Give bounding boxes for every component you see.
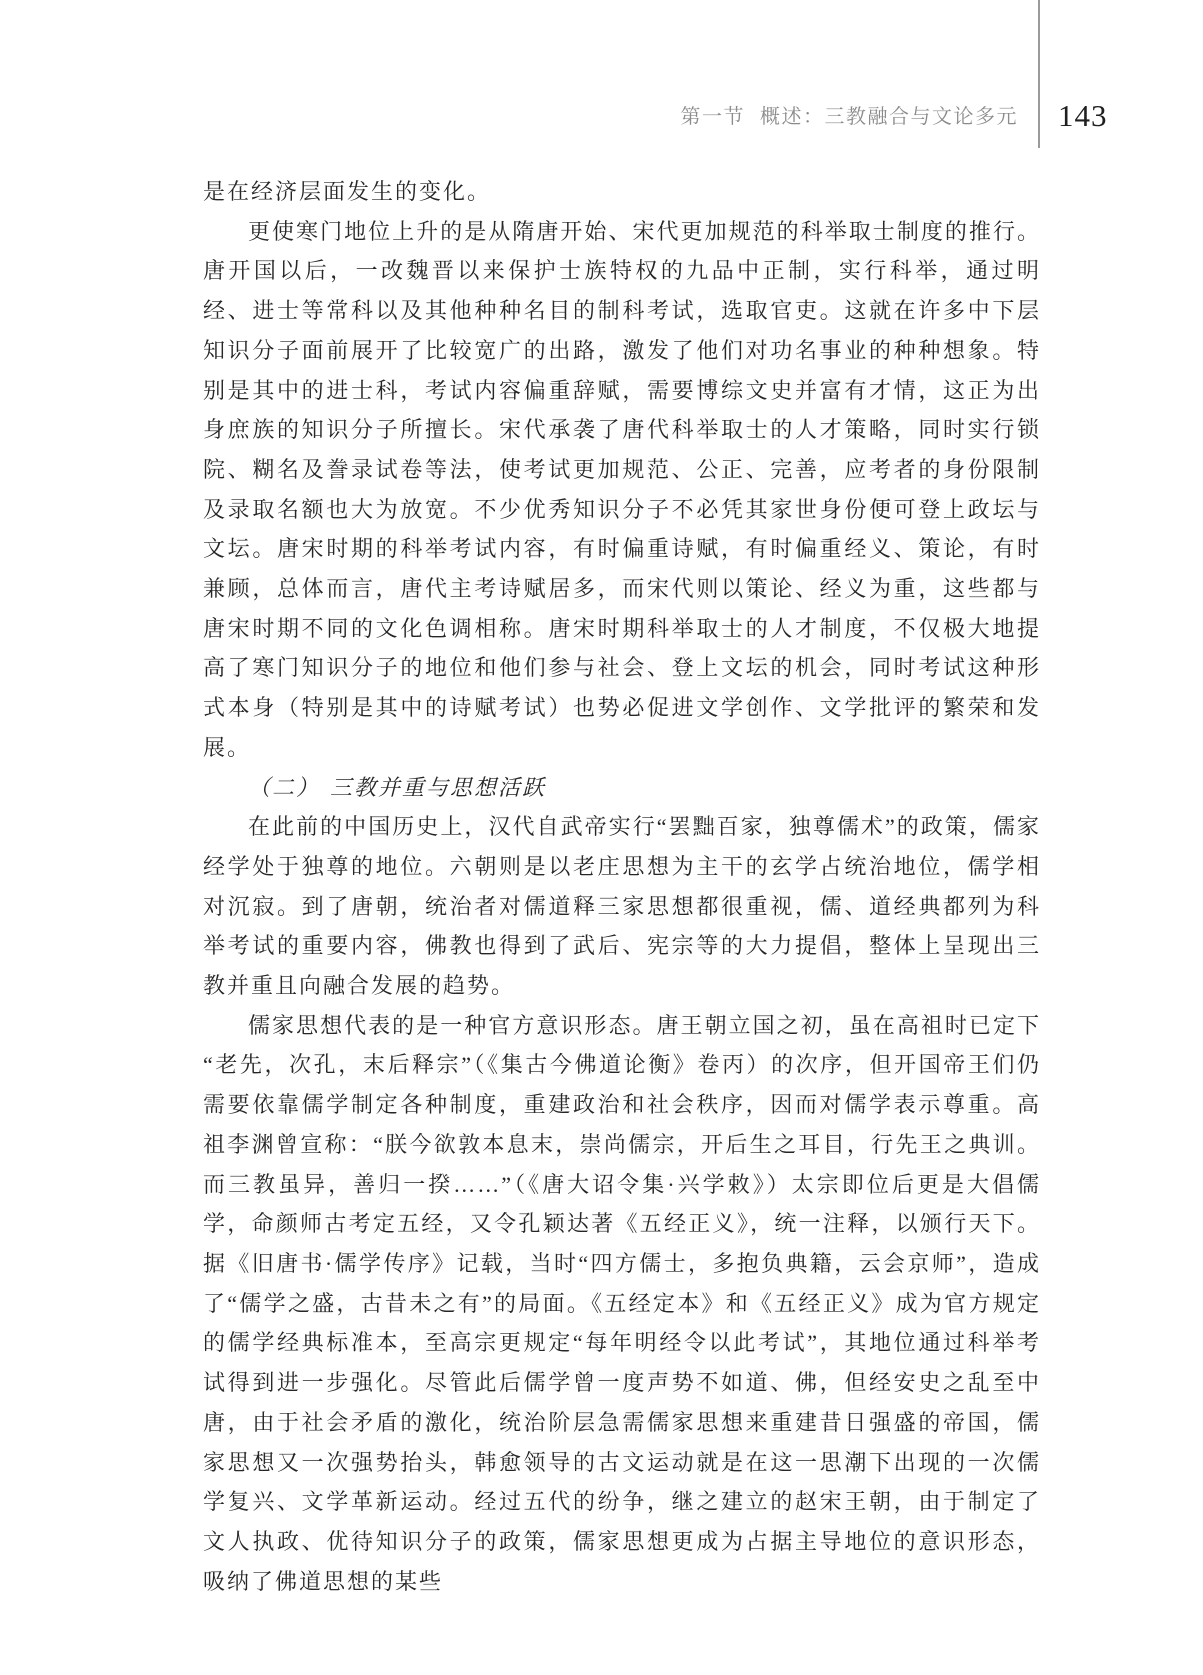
paragraph-keju-system: 更使寒门地位上升的是从隋唐开始、宋代更加规范的科举取士制度的推行。唐开国以后，一… xyxy=(203,212,1041,768)
book-page: 第一节概述：三教融合与文论多元 143 是在经济层面发生的变化。 更使寒门地位上… xyxy=(0,0,1203,1675)
paragraph-confucian-ideology: 儒家思想代表的是一种官方意识形态。唐王朝立国之初，虽在高祖时已定下“老先，次孔，… xyxy=(203,1006,1041,1602)
paragraph-three-teachings: 在此前的中国历史上，汉代自武帝实行“罢黜百家，独尊儒术”的政策，儒家经学处于独尊… xyxy=(203,807,1041,1006)
subsection-heading-title: 三教并重与思想活跃 xyxy=(330,775,546,800)
running-head: 第一节概述：三教融合与文论多元 xyxy=(0,104,1018,130)
subsection-heading: （二）三教并重与思想活跃 xyxy=(203,768,1041,808)
page-number: 143 xyxy=(1058,98,1158,134)
header-divider-rule xyxy=(1038,0,1040,148)
body-text-block: 是在经济层面发生的变化。 更使寒门地位上升的是从隋唐开始、宋代更加规范的科举取士… xyxy=(203,172,1041,1601)
running-head-chapter-title: 概述：三教融合与文论多元 xyxy=(760,106,1018,128)
subsection-heading-number: （二） xyxy=(248,775,320,800)
paragraph-continuation: 是在经济层面发生的变化。 xyxy=(203,172,1041,212)
running-head-section-label: 第一节 xyxy=(681,106,746,128)
